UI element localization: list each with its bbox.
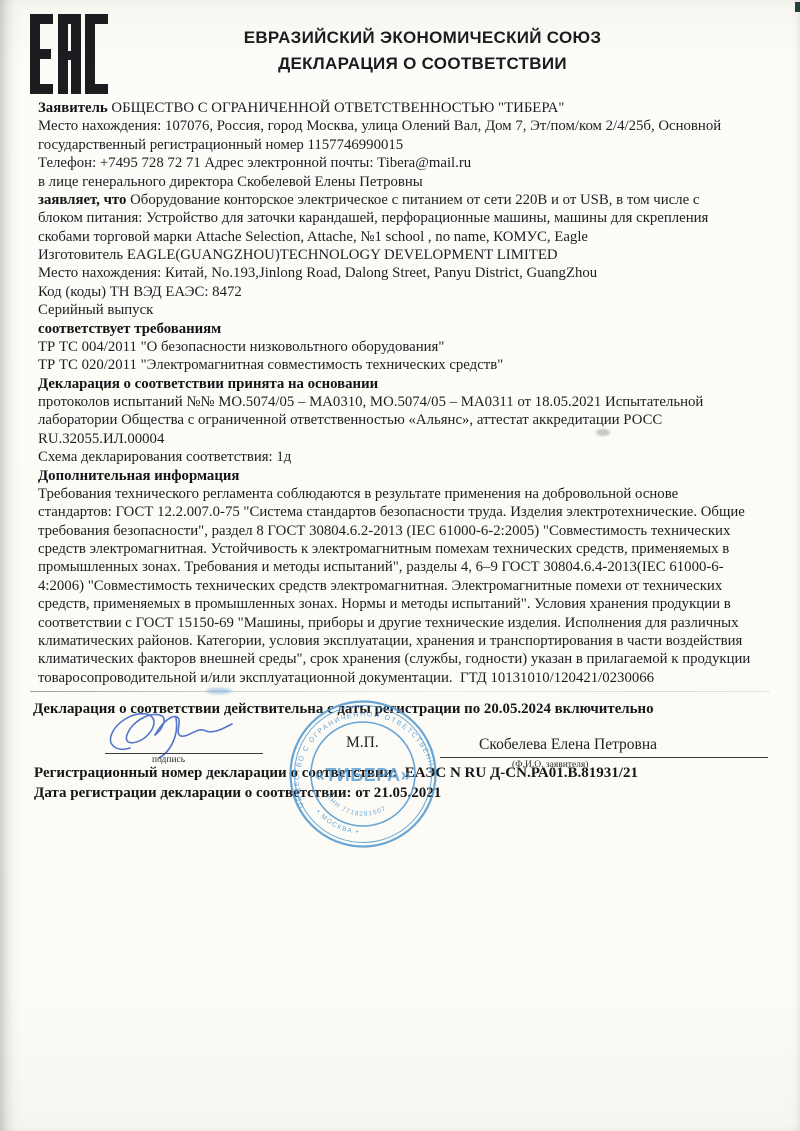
- body-line: Изготовитель EAGLE(GUANGZHOU)TECHNOLOGY …: [38, 246, 783, 264]
- header-doc-title: ДЕКЛАРАЦИЯ О СООТВЕТСТВИИ: [45, 51, 800, 77]
- body-line: ТР ТС 004/2011 "О безопасности низковоль…: [38, 338, 783, 356]
- body-line: ТР ТС 020/2011 "Электромагнитная совмест…: [38, 356, 783, 374]
- scan-artifact-blue: [206, 688, 232, 694]
- scan-artifact-gray: [596, 429, 610, 436]
- body-line: государственный регистрационный номер 11…: [38, 136, 783, 154]
- body-line: Дополнительная информация: [38, 467, 783, 485]
- scan-corner-mark: [795, 2, 800, 12]
- signature-caption: подпись: [152, 755, 185, 765]
- body-line: Требования технического регламента соблю…: [38, 485, 783, 503]
- body-line: RU.32055.ИЛ.00004: [38, 430, 783, 448]
- body-lines: Заявитель ОБЩЕСТВО С ОГРАНИЧЕННОЙ ОТВЕТС…: [38, 99, 783, 687]
- body-line: в лице генерального директора Скобелевой…: [38, 173, 783, 191]
- body-line: средств электромагнитная. Устойчивость к…: [38, 540, 783, 558]
- body-line: Заявитель ОБЩЕСТВО С ОГРАНИЧЕННОЙ ОТВЕТС…: [38, 99, 783, 117]
- svg-text:ОБЩЕСТВО С ОГРАНИЧЕННОЙ ОТВЕТС: ОБЩЕСТВО С ОГРАНИЧЕННОЙ ОТВЕТСТВЕННОСТЬЮ…: [288, 699, 436, 811]
- header-union-title: ЕВРАЗИЙСКИЙ ЭКОНОМИЧЕСКИЙ СОЮЗ: [45, 25, 800, 51]
- body-line: Место нахождения: 107076, Россия, город …: [38, 117, 783, 135]
- body-line: Серийный выпуск: [38, 301, 783, 319]
- body-line: промышленных зонах. Требования и методы …: [38, 558, 783, 576]
- body-line: Место нахождения: Китай, No.193,Jinlong …: [38, 264, 783, 282]
- signature-scribble: [96, 704, 276, 766]
- body-line: протоколов испытаний №№ МО.5074/05 – МА0…: [38, 393, 783, 411]
- body-line: стандартов: ГОСТ 12.2.007.0-75 "Система …: [38, 503, 783, 521]
- declaration-document: ЕВРАЗИЙСКИЙ ЭКОНОМИЧЕСКИЙ СОЮЗ ДЕКЛАРАЦИ…: [0, 0, 800, 1131]
- applicant-name-line: [440, 757, 768, 758]
- body-line: требования безопасности", раздел 8 ГОСТ …: [38, 522, 783, 540]
- body-line: скобами торговой марки Attache Selection…: [38, 228, 783, 246]
- body-line: Декларация о соответствии принята на осн…: [38, 375, 783, 393]
- body-line: соответствует требованиям: [38, 320, 783, 338]
- body-line: климатических факторов внешней среды", с…: [38, 650, 783, 668]
- body-line: соответствии с ГОСТ 15150-69 "Машины, пр…: [38, 614, 783, 632]
- body-line: товаросопроводительной и/или эксплуатаци…: [38, 669, 783, 687]
- body-line: 4:2006) "Совместимость технических средс…: [38, 577, 783, 595]
- scan-artifact-line: [30, 691, 770, 692]
- stamp-center-text: «ТИБЕРА»: [315, 765, 411, 785]
- body-line: заявляет, что Оборудование конторское эл…: [38, 191, 783, 209]
- signature-line: [105, 753, 263, 754]
- body-line: средств, применяемых в промышленных зона…: [38, 595, 783, 613]
- body-line: Схема декларирования соответствия: 1д: [38, 448, 783, 466]
- company-stamp: ОБЩЕСТВО С ОГРАНИЧЕННОЙ ОТВЕТСТВЕННОСТЬЮ…: [288, 699, 438, 849]
- applicant-name: Скобелева Елена Петровна: [479, 736, 657, 754]
- body-line: блоком питания: Устройство для заточки к…: [38, 209, 783, 227]
- body-line: Телефон: +7495 728 72 71 Адрес электронн…: [38, 154, 783, 172]
- body-line: лаборатории Общества с ограниченной отве…: [38, 411, 783, 429]
- stamp-ring-text-top: ОБЩЕСТВО С ОГРАНИЧЕННОЙ ОТВЕТСТВЕННОСТЬЮ…: [288, 699, 436, 811]
- body-line: климатических районов. Категории, услови…: [38, 632, 783, 650]
- body-line: Код (коды) ТН ВЭД ЕАЭС: 8472: [38, 283, 783, 301]
- document-header: ЕВРАЗИЙСКИЙ ЭКОНОМИЧЕСКИЙ СОЮЗ ДЕКЛАРАЦИ…: [45, 25, 800, 77]
